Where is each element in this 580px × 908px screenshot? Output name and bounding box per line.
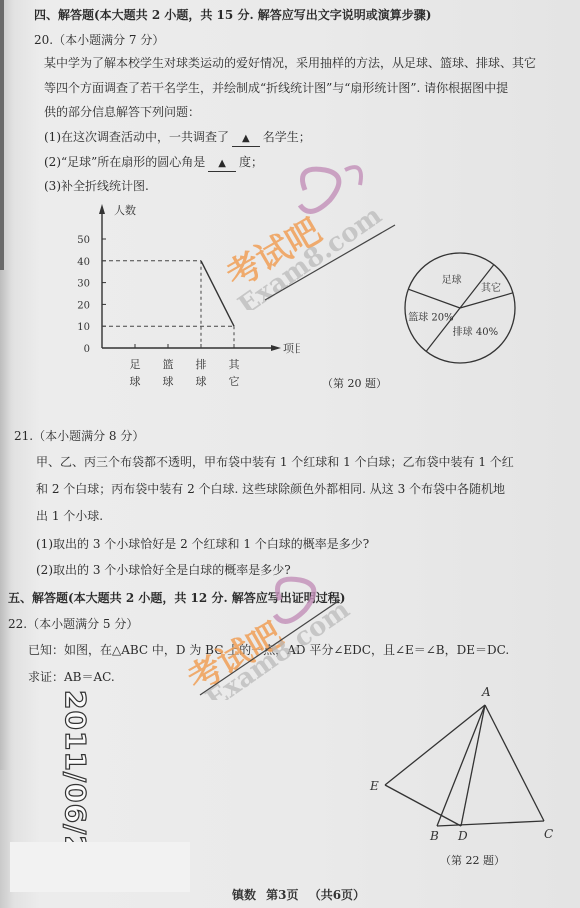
q20-part-1-suffix: 名学生； [263, 130, 311, 144]
triangle-figure: A B C D E [360, 680, 580, 850]
segment-AC [485, 705, 544, 821]
answer-blank-2[interactable]: ▲ [208, 155, 236, 172]
svg-text:其它: 其它 [481, 281, 501, 294]
svg-text:50: 50 [77, 235, 90, 246]
svg-text:球: 球 [163, 374, 174, 388]
svg-text:篮球 20%: 篮球 20% [408, 310, 453, 323]
section-4-heading: 四、解答题(本大题共 2 小题，共 15 分. 解答应写出文字说明或演算步骤) [34, 8, 431, 22]
q20-stem-line-2: 等四个方面调查了若干名学生，并绘制成“折线统计图”与“扇形统计图”. 请你根据图… [44, 81, 508, 95]
point-label-A: A [481, 685, 491, 699]
scan-left-shade [0, 270, 12, 770]
q21-title: 21.（本小题满分 8 分） [14, 429, 144, 443]
segment-AD [461, 705, 485, 826]
q21-stem-line-3: 出 1 个小球. [36, 509, 103, 523]
triangle-mark-icon: ▲ [218, 158, 226, 169]
svg-text:排: 排 [196, 357, 207, 371]
svg-text:足球: 足球 [442, 273, 462, 286]
segment-AB [437, 705, 485, 826]
segment-ED [385, 785, 461, 826]
svg-text:10: 10 [77, 322, 90, 333]
svg-text:40: 40 [77, 257, 90, 268]
q21-part-2: (2)取出的 3 个小球恰好全是白球的概率是多少? [36, 563, 291, 577]
page-footer: 镇数 第3页 （共6页） [232, 886, 365, 903]
point-label-B: B [429, 829, 439, 843]
svg-text:足: 足 [130, 358, 141, 371]
figure-22-caption: （第 22 题） [440, 852, 505, 868]
svg-text:排球 40%: 排球 40% [453, 325, 498, 338]
q22-prove: 求证：AB＝AC. [28, 670, 115, 684]
q20-part-1: (1)在这次调查活动中，一共调查了▲名学生； [44, 130, 311, 147]
q20-part-1-text: (1)在这次调查活动中，一共调查了 [44, 130, 229, 144]
q21-stem-line-2: 和 2 个白球；丙布袋中装有 2 个白球. 这些球除颜色外都相同. 从这 3 个… [36, 482, 505, 496]
q22-given: 已知：如图，在△ABC 中，D 为 BC 上的一点，AD 平分∠EDC，且∠E＝… [28, 643, 509, 657]
q21-part-1: (1)取出的 3 个小球恰好是 2 个红球和 1 个白球的概率是多少? [36, 537, 369, 551]
q20-title: 20.（本小题满分 7 分） [34, 33, 164, 47]
answer-blank-1[interactable]: ▲ [232, 130, 260, 147]
q22-title: 22.（本小题满分 5 分） [8, 617, 138, 631]
point-label-D: D [457, 829, 468, 843]
svg-text:篮: 篮 [163, 357, 174, 371]
svg-text:球: 球 [130, 374, 141, 388]
section-5-heading: 五、解答题(本大题共 2 小题，共 12 分. 解答应写出证明过程) [8, 591, 345, 605]
redacted-area [10, 842, 190, 892]
svg-text:项目: 项目 [283, 342, 300, 355]
svg-text:球: 球 [196, 374, 207, 388]
svg-text:0: 0 [84, 344, 90, 355]
scan-date-stamp: 2011/06/2 [59, 690, 92, 856]
q20-stem-line-1: 某中学为了解本校学生对球类运动的爱好情况，采用抽样的方法，从足球、篮球、排球、其… [44, 56, 536, 70]
pie-chart: 足球其它排球 40%篮球 20% [390, 250, 580, 370]
svg-text:人数: 人数 [114, 203, 136, 217]
point-label-E: E [369, 779, 379, 793]
svg-text:20: 20 [77, 300, 90, 311]
scan-edge-shadow [0, 0, 4, 270]
line-chart: 人数项目01020304050足球篮球排球其它 [60, 190, 300, 390]
segment-AE [385, 705, 485, 785]
q20-part-2: (2)“足球”所在扇形的圆心角是▲度； [44, 155, 263, 172]
figure-20-caption: （第 20 题） [322, 375, 387, 391]
point-label-C: C [544, 827, 553, 841]
svg-text:30: 30 [77, 279, 90, 290]
svg-text:其: 其 [229, 358, 241, 371]
triangle-mark-icon: ▲ [242, 133, 250, 144]
watermark-cn-text: 考试吧 [181, 614, 289, 700]
svg-text:它: 它 [229, 375, 240, 388]
q20-part-2-suffix: 度； [239, 155, 263, 169]
q20-stem-line-3: 供的部分信息解答下列问题： [44, 105, 200, 119]
q20-part-2-text: (2)“足球”所在扇形的圆心角是 [44, 155, 205, 169]
q21-stem-line-1: 甲、乙、丙三个布袋都不透明，甲布袋中装有 1 个红球和 1 个白球；乙布袋中装有… [36, 455, 514, 469]
